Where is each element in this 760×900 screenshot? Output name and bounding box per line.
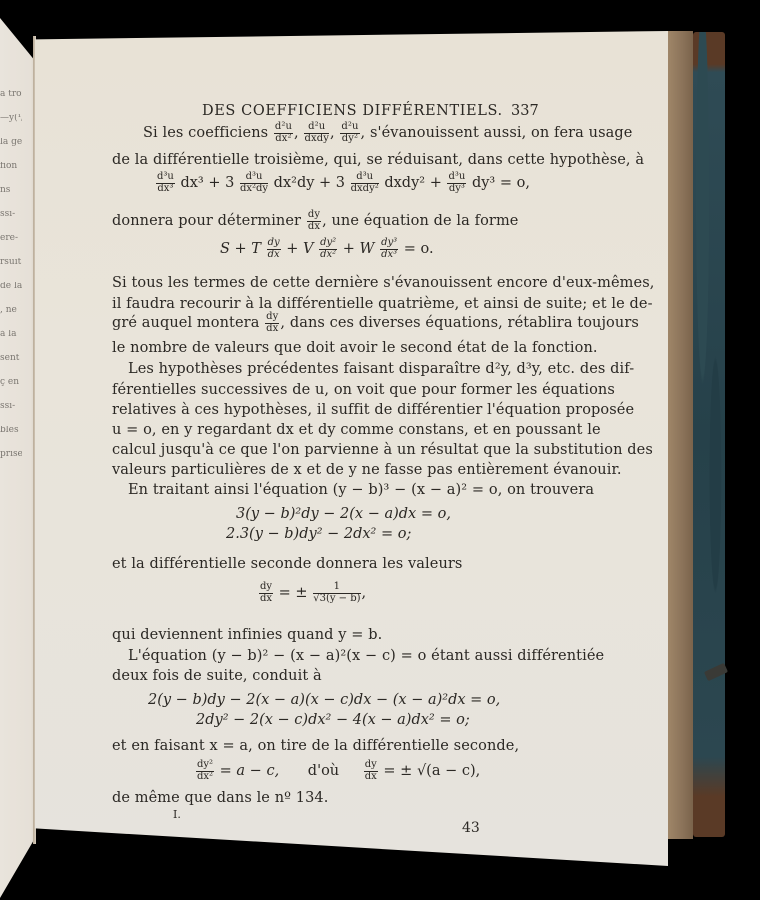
text-line: calcul jusqu'à ce que l'on parvienne à u… xyxy=(112,442,653,458)
text-line: u = o, en y regardant dx et dy comme con… xyxy=(112,422,601,438)
equation-3a: 3(y − b)²dy − 2(x − a)dx = o, xyxy=(236,506,451,522)
page-number: 337 xyxy=(511,103,539,119)
equation-2: S + T dydx + V dy²dx² + W dy³dx³ = o. xyxy=(220,238,434,260)
equation-6: dy²dx² = a − c, d'où dydx = ± √(a − c), xyxy=(195,760,480,782)
fraction: d²udxdy xyxy=(304,122,329,144)
equation-3b: 2.3(y − b)dy² − 2dx² = o; xyxy=(226,526,411,542)
text-line: le nombre de valeurs que doit avoir le s… xyxy=(112,340,598,356)
text-line: gré auquel montera dydx, dans ces divers… xyxy=(112,312,639,334)
text-line: Les hypothèses précédentes faisant dispa… xyxy=(128,361,634,377)
text-line: férentielles successives de u, on voit q… xyxy=(112,382,615,398)
text-line: et la différentielle seconde donnera les… xyxy=(112,556,462,572)
text-line: et en faisant x = a, on tire de la diffé… xyxy=(112,738,519,754)
text-line: donnera pour déterminer dydx, une équati… xyxy=(112,210,518,232)
gathering-number: 43 xyxy=(462,820,480,836)
text-line: valeurs particulières de x et de y ne fa… xyxy=(112,462,622,478)
text-line: En traitant ainsi l'équation (y − b)³ − … xyxy=(128,482,594,498)
fraction: d²udx² xyxy=(274,122,293,144)
text-line: L'équation (y − b)² − (x − a)²(x − c) = … xyxy=(128,648,604,664)
equation-4: dydx = ± 1√3(y − b), xyxy=(258,582,366,604)
text-line: de la différentielle troisième, qui, se … xyxy=(112,152,644,168)
fraction: d²udy² xyxy=(340,122,359,144)
running-head: DES COEFFICIENS DIFFÉRENTIELS. xyxy=(202,103,503,119)
equation-5a: 2(y − b)dy − 2(x − a)(x − c)dx − (x − a)… xyxy=(148,692,500,708)
text-line: relatives à ces hypothèses, il suffit de… xyxy=(112,402,634,418)
text-line: deux fois de suite, conduit à xyxy=(112,668,322,684)
equation-1: d³udx³ dx³ + 3 d³udx²dy dx²dy + 3 d³udxd… xyxy=(155,172,530,194)
text-line: de même que dans le nº 134. xyxy=(112,790,328,806)
text-line: Si les coefficiens d²udx², d²udxdy, d²ud… xyxy=(143,122,632,144)
text-line: qui deviennent infinies quand y = b. xyxy=(112,627,382,643)
text-line: Si tous les termes de cette dernière s'é… xyxy=(112,275,654,291)
text-line: il faudra recourir à la différentielle q… xyxy=(112,296,653,312)
signature-mark: I. xyxy=(173,808,181,821)
page-content: DES COEFFICIENS DIFFÉRENTIELS. 337 Si le… xyxy=(0,0,760,900)
equation-5b: 2dy² − 2(x − c)dx² − 4(x − a)dx² = o; xyxy=(196,712,470,728)
